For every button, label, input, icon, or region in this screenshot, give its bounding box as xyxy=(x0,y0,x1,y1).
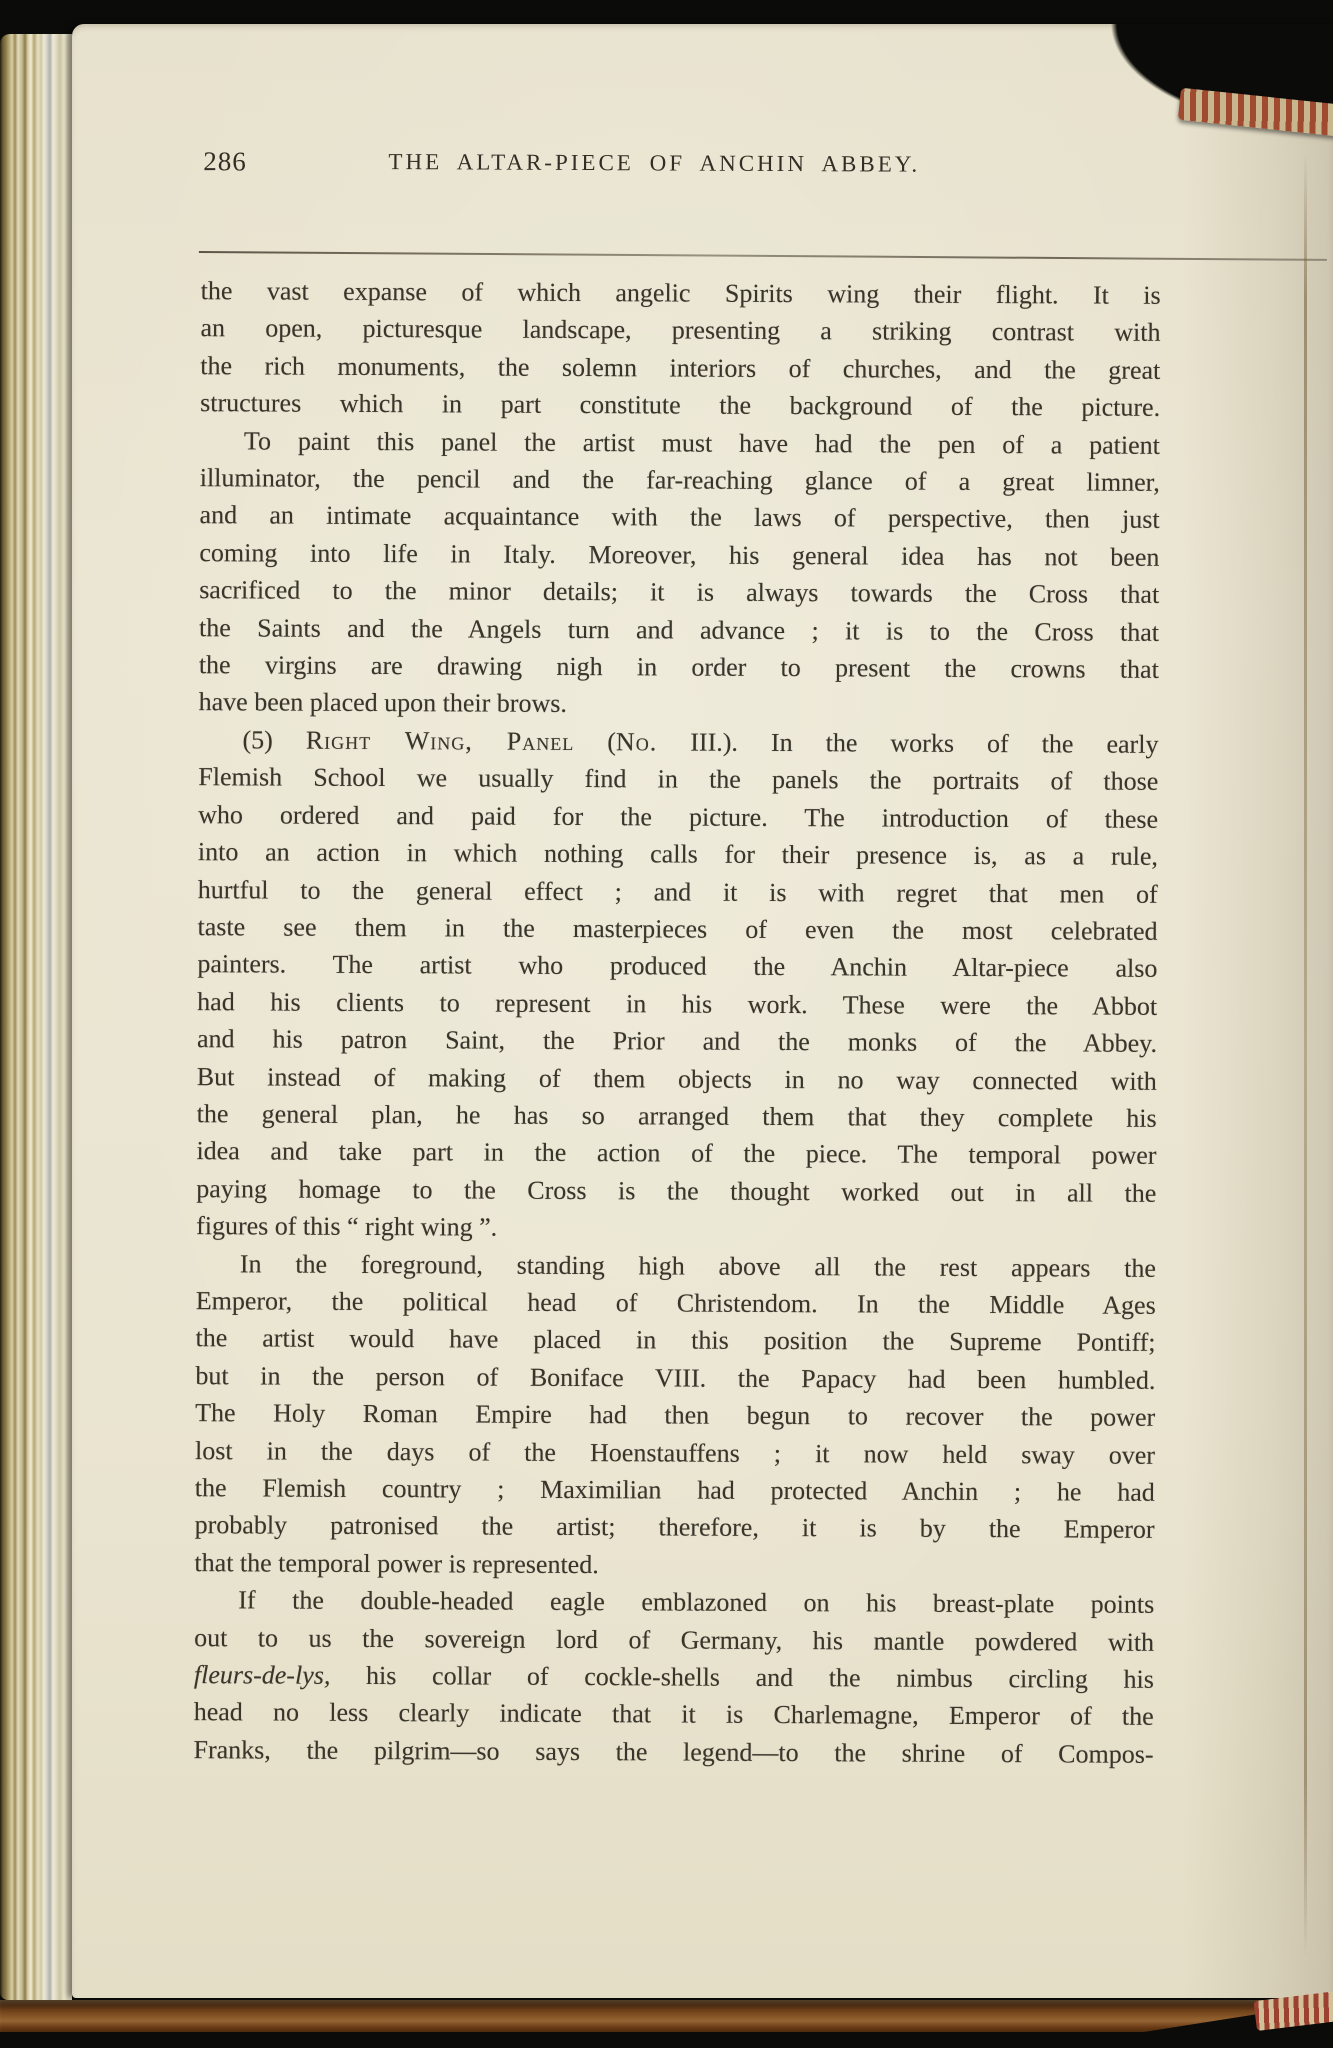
text-line: lost in the days of the Hoenstauffens ; … xyxy=(195,1432,1155,1474)
text-block: the vast expanse of which angelic Spirit… xyxy=(193,272,1160,1773)
text-line: probably patronised the artist; therefor… xyxy=(195,1507,1155,1549)
text-line: Emperor, the political head of Christend… xyxy=(196,1282,1156,1324)
text-line: the virgins are drawing nigh in order to… xyxy=(199,646,1159,688)
text-line: figures of this “ right wing ”. xyxy=(196,1207,1156,1249)
paragraph: If the double-headed eagle emblazoned on… xyxy=(193,1581,1154,1773)
gutter-crease xyxy=(1304,154,1307,1958)
paragraph: the vast expanse of which angelic Spirit… xyxy=(200,272,1161,426)
scanned-book-photo: 286 THE ALTAR-PIECE OF ANCHIN ABBEY. the… xyxy=(0,0,1333,2048)
text-line: sacrificed to the minor details; it is a… xyxy=(199,571,1159,613)
text-line: have been placed upon their brows. xyxy=(199,684,1159,726)
text-line: that the temporal power is represented. xyxy=(194,1544,1154,1586)
text-line: an open, picturesque landscape, presenti… xyxy=(200,310,1160,352)
text-line: had his clients to represent in his work… xyxy=(197,983,1157,1025)
text-line: taste see them in the masterpieces of ev… xyxy=(197,908,1157,950)
text-line: and an intimate acquaintance with the la… xyxy=(200,497,1160,539)
text-line: but in the person of Boniface VIII. the … xyxy=(195,1357,1155,1399)
text-line: the rich monuments, the solemn interiors… xyxy=(200,347,1160,389)
text-line: But instead of making of them objects in… xyxy=(197,1058,1157,1100)
book-page: 286 THE ALTAR-PIECE OF ANCHIN ABBEY. the… xyxy=(72,24,1333,1998)
text-line: who ordered and paid for the picture. Th… xyxy=(198,796,1158,838)
text-line: In the foreground, standing high above a… xyxy=(196,1245,1156,1287)
text-line: hurtful to the general effect ; and it i… xyxy=(198,871,1158,913)
text-line: illuminator, the pencil and the far-reac… xyxy=(200,459,1160,501)
paragraph: In the foreground, standing high above a… xyxy=(194,1245,1156,1586)
text-line: painters. The artist who produced the An… xyxy=(197,945,1157,987)
text-line: Flemish School we usually find in the pa… xyxy=(198,758,1158,800)
header-divider-rule xyxy=(199,251,1327,261)
text-line: the Saints and the Angels turn and advan… xyxy=(199,609,1159,651)
text-line: the vast expanse of which angelic Spirit… xyxy=(201,272,1161,314)
text-line: the general plan, he has so arranged the… xyxy=(197,1095,1157,1137)
paragraph: (5) Right Wing, Panel (No. III.). In the… xyxy=(196,721,1159,1249)
printed-content: 286 THE ALTAR-PIECE OF ANCHIN ABBEY. the… xyxy=(62,22,1333,2002)
page-header: 286 THE ALTAR-PIECE OF ANCHIN ABBEY. xyxy=(201,144,1161,185)
text-line: idea and take part in the action of the … xyxy=(196,1133,1156,1175)
text-line: out to us the sovereign lord of Germany,… xyxy=(194,1619,1154,1661)
text-line: coming into life in Italy. Moreover, his… xyxy=(199,534,1159,576)
text-line: To paint this panel the artist must have… xyxy=(200,422,1160,464)
text-line: head no less clearly indicate that it is… xyxy=(194,1694,1154,1736)
text-line: the Flemish country ; Maximilian had pro… xyxy=(195,1469,1155,1511)
text-line: If the double-headed eagle emblazoned on… xyxy=(194,1581,1154,1623)
paragraph: To paint this panel the artist must have… xyxy=(199,422,1160,726)
text-line: (5) Right Wing, Panel (No. III.). In the… xyxy=(198,721,1158,763)
running-title: THE ALTAR-PIECE OF ANCHIN ABBEY. xyxy=(201,148,1107,178)
text-line: and his patron Saint, the Prior and the … xyxy=(197,1020,1157,1062)
text-line: structures which in part constitute the … xyxy=(200,384,1160,426)
text-line: the artist would have placed in this pos… xyxy=(195,1320,1155,1362)
text-line: The Holy Roman Empire had then begun to … xyxy=(195,1394,1155,1436)
text-line: Franks, the pilgrim—so says the legend—t… xyxy=(193,1731,1153,1773)
text-line: fleurs-de-lys, his collar of cockle-shel… xyxy=(194,1656,1154,1698)
text-line: paying homage to the Cross is the though… xyxy=(196,1170,1156,1212)
text-line: into an action in which nothing calls fo… xyxy=(198,833,1158,875)
page-edge-stack xyxy=(0,34,72,2000)
background-bottom xyxy=(0,2032,1333,2048)
